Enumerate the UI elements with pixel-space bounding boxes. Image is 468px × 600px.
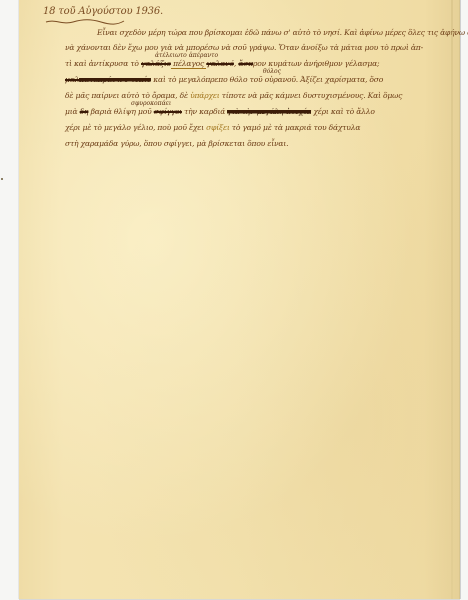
line-6-heavy-strikeout: γιὰ τὴν μεγάλη ἀτυχία [227, 107, 311, 116]
text-line-3: τὶ καὶ ἀντίκρυσα τὸ γαλάζιο πέλαγος γαλα… [65, 60, 379, 68]
text-line-7: χέρι μὲ τὸ μεγάλο γέλιο, ποὺ μοῦ ἔχει σφ… [65, 124, 360, 132]
line-2-seg-1: νὰ χάνονται δὲν ἔχω μου γιὰ νὰ μπορέσω ν… [65, 43, 276, 52]
line-5-seg-3: τίποτε νὰ μᾶς κάμνει δυστυχισμένους. [220, 91, 368, 100]
line-5-seg-4: Καὶ ὅμως [368, 91, 403, 100]
line-6-seg-5: τὴν καρδιά [182, 107, 227, 116]
line-6-strikeout-2: σφίγγει [154, 107, 182, 116]
line-5-seg-2: ὑπάρχει [190, 91, 219, 100]
interlinear-correction-line-6: σφυροκοπάει [131, 100, 171, 107]
date-heading: 18 τοῦ Αὐγούστου 1936. [43, 6, 163, 17]
line-3-strikeout-3: ἄσπ [238, 59, 253, 68]
text-line-1: Εἶναι σχεδὸν μέρη τώρα που βρίσκομαι ἐδῶ… [97, 29, 468, 37]
dust-speck [1, 178, 3, 180]
text-line-6: μιὰ δη βαριὰ θλίψη μοῦ σφίγγει τὴν καρδι… [65, 108, 375, 116]
line-4-heavy-strikeout: καταπράσινο τοπίο [79, 75, 151, 84]
line-1-seg-2: Καὶ ἀφίνω μέρες ὅλες τις ἀφήνω αὐτὲς [344, 28, 468, 37]
line-4-seg-3: καὶ τὸ μεγαλόπρεπο [151, 75, 230, 84]
line-4-seg-4: θόλο [230, 75, 248, 84]
line-4-seg-5: τοῦ οὐρανοῦ. Ἀξίζει χαρίσματα, ὅσο [247, 75, 383, 84]
line-3-strikeout-2: γαλανό [206, 59, 234, 68]
line-3-strikeout-1: γαλάζιο [141, 59, 171, 68]
interlinear-correction-line-3: ἀτέλειωτο ἀπέραντο [155, 52, 218, 59]
line-6-seg-3: βαριὰ θλίψη μοῦ [88, 107, 153, 116]
line-2-seg-2: Ὅταν ἀνοίξω τὰ μάτια μου τὸ πρωὶ ἀπ- [276, 43, 423, 52]
line-6-seg-7: χέρι καὶ τὸ ἄλλο [311, 107, 375, 116]
paper-sheet: 18 τοῦ Αὐγούστου 1936. Εἶναι σχεδὸν μέρη… [19, 0, 460, 599]
line-6-seg-1: μιὰ [65, 107, 80, 116]
interlinear-correction-line-4: θόλος [263, 68, 281, 75]
scanned-page: 18 τοῦ Αὐγούστου 1936. Εἶναι σχεδὸν μέρη… [0, 0, 468, 600]
line-7-seg-1: χέρι μὲ τὸ μεγάλο γέλιο, ποὺ μοῦ ἔχει [65, 123, 206, 132]
date-underline-flourish [45, 19, 125, 25]
line-3-seg-1: τὶ καὶ ἀντίκρυσα τὸ [65, 59, 141, 68]
text-line-2: νὰ χάνονται δὲν ἔχω μου γιὰ νὰ μπορέσω ν… [65, 44, 423, 52]
line-7-seg-3: τὸ γαμό μὲ τὰ μακριά του δάχτυλα [230, 123, 361, 132]
line-3-seg-7: ρον κυμάτων ἀνήριθμον γέλασμα; [253, 59, 379, 68]
line-5-seg-1: δὲ μᾶς παίρνει αὐτὸ τὸ ὄραμα, δὲ [65, 91, 190, 100]
line-7-seg-2: σφίξει [206, 123, 230, 132]
text-line-4: μαλκαταπράσινο τοπίο καὶ τὸ μεγαλόπρεπο … [65, 76, 383, 84]
line-8-seg-1: στὴ χαραμάδα γύρω, ὅπου σφίγγει, μὰ βρίσ… [65, 139, 288, 148]
line-4-strikeout-1: μαλ [65, 75, 79, 84]
line-1-seg-1: Εἶναι σχεδὸν μέρη τώρα που βρίσκομαι ἐδῶ… [97, 28, 344, 37]
line-3-seg-3: πέλαγος [171, 59, 206, 69]
text-line-8: στὴ χαραμάδα γύρω, ὅπου σφίγγει, μὰ βρίσ… [65, 140, 288, 148]
text-line-5: δὲ μᾶς παίρνει αὐτὸ τὸ ὄραμα, δὲ ὑπάρχει… [65, 92, 402, 100]
